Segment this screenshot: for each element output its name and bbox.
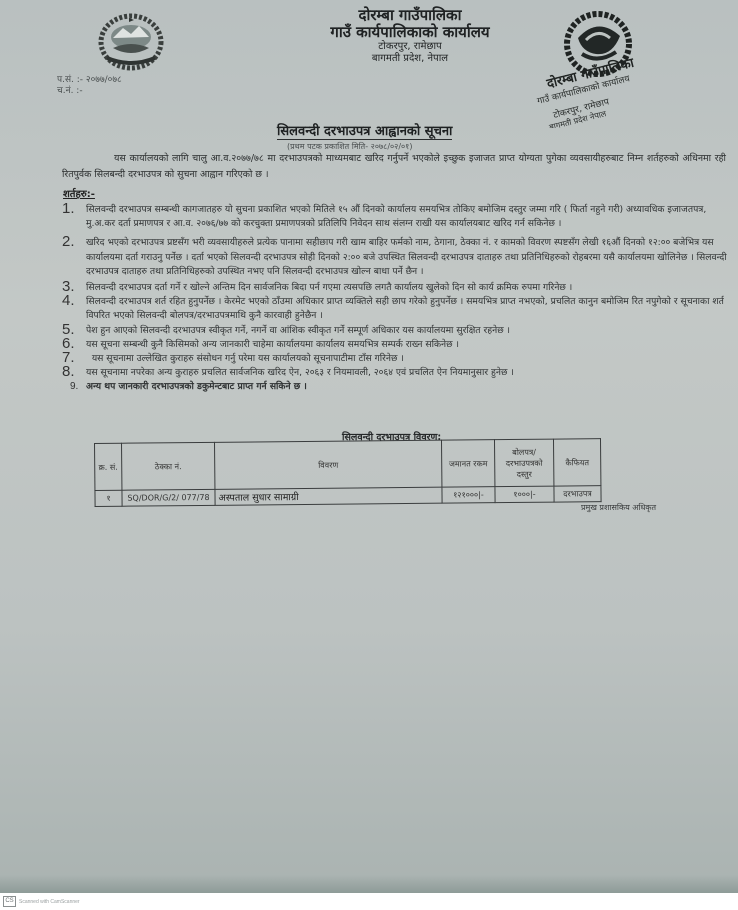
municipality-name: दोरम्बा गाउँपालिका [295, 6, 525, 24]
dispatch-number: च.नं. :- [57, 86, 122, 97]
camscanner-logo-icon: CS [3, 896, 16, 907]
notice-title: सिलवन्दी दरभाउपत्र आह्वानको सूचना [277, 124, 452, 140]
scanned-document-page: प.सं. :- २०७७/०७८ च.नं. :- दोरम्बा गाउँप… [0, 0, 738, 893]
col-serial: क्र. सं. [95, 443, 122, 490]
term-item: 6.यस सूचना सम्बन्धी कुनै किसिमको अन्य जा… [62, 338, 728, 352]
cell-description: अस्पताल सुधार सामाग्री [215, 487, 442, 505]
notice-intro: यस कार्यालयको लागि चालु आ.व.२०७७/७८ मा द… [62, 151, 726, 183]
col-security-amount: जमानत रकम [441, 440, 494, 488]
nepal-emblem-icon [93, 10, 169, 72]
term-item: 7. यस सूचनामा उल्लेखित कुराहरु संसोधन गर… [62, 352, 728, 366]
col-bid-fee: बोलपत्र/ दरभाउपत्रको दस्तुर [494, 439, 553, 487]
intro-paragraph: यस कार्यालयको लागि चालु आ.व.२०७७/७८ मा द… [62, 151, 726, 183]
office-header: दोरम्बा गाउँपालिका गाउँ कार्यपालिकाको का… [295, 6, 525, 65]
bid-details-table: क्र. सं. ठेक्का नं. विवरण जमानत रकम बोलप… [94, 438, 602, 507]
col-remarks: कैफियत [553, 439, 600, 486]
cell-security-amount: १२१०००|- [442, 487, 495, 504]
cell-serial: १ [95, 490, 122, 506]
cell-contract-no: SQ/DOR/G/2/ 077/78 [122, 489, 215, 506]
office-province: बागमती प्रदेश, नेपाल [295, 53, 525, 65]
col-description: विवरण [214, 440, 441, 489]
term-item: 8.यस सूचनामा नपरेका अन्य कुराहरु प्रचलित… [62, 366, 728, 380]
letter-number: प.सं. :- २०७७/०७८ [57, 75, 122, 86]
reference-block: प.सं. :- २०७७/०७८ च.नं. :- [57, 75, 122, 97]
terms-list: 1.सिलवन्दी दरभाउपत्र सम्बन्धी कागजातहरु … [62, 203, 728, 395]
cell-remarks: दरभाउपत्र [554, 486, 601, 502]
term-item: 3.सिलवन्दी दरभाउपत्र दर्ता गर्ने र खोल्न… [62, 281, 728, 295]
col-contract-no: ठेक्का नं. [122, 442, 215, 490]
terms-heading: शर्तहरु:- [63, 186, 95, 200]
term-item: 2.खरिद भएको दरभाउपत्र प्रष्टसँग भरी व्यव… [62, 236, 728, 279]
term-item: 5.पेश हुन आएको सिलवन्दी दरभाउपत्र स्वीकृ… [62, 324, 728, 338]
office-address: टोकरपुर, रामेछाप [295, 41, 525, 53]
scanner-watermark-text: Scanned with CamScanner [19, 899, 80, 905]
signatory-title: प्रमुख प्रशासकिय अधिकृत [581, 502, 656, 513]
term-item: 9.अन्य थप जानकारी दरभाउपत्रको डकुमेन्टबा… [62, 380, 728, 394]
office-name: गाउँ कार्यपालिकाको कार्यालय [295, 24, 525, 41]
term-item: 1.सिलवन्दी दरभाउपत्र सम्बन्धी कागजातहरु … [62, 203, 728, 231]
scanner-footer: CS Scanned with CamScanner [0, 893, 738, 910]
table-header-row: क्र. सं. ठेक्का नं. विवरण जमानत रकम बोलप… [95, 439, 601, 491]
term-item: 4.सिलवन्दी दरभाउपत्र शर्त रहित हुनुपर्ने… [62, 295, 728, 323]
cell-bid-fee: १०००|- [495, 486, 554, 503]
municipality-seal-icon: दोरम्बा गाउँपालिका गाउँ कार्यपालिकाको का… [534, 8, 666, 128]
